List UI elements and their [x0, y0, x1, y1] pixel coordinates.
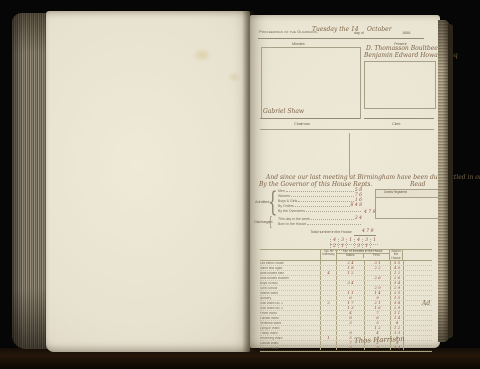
inmates-table-header: No. in Infirmary No. of Inmates in the H… [260, 249, 432, 261]
resolution-end-word: Read [410, 182, 426, 188]
minutes-box-label: Minutes [292, 41, 305, 46]
females-col-header: Fem. [363, 254, 389, 257]
total-underline [354, 235, 376, 236]
inmates-rows: Old Mens House2 43 15 5Infirm and Aged1 … [260, 261, 432, 351]
day-of-label: day of [354, 30, 364, 35]
clerk-signature-bottom: Thos Harrison [354, 336, 405, 344]
minute-area-divider [349, 133, 350, 177]
header-rule [258, 38, 424, 39]
total-line-label: Total number in the House [310, 229, 352, 234]
table-bottom-rule [260, 351, 432, 352]
chairman-signature-handwriting: Gabriel Shaw [263, 109, 304, 115]
photo-background: Proceedings of the Guardians, Tuesday th… [0, 0, 480, 369]
discharged-rows: This day in the week2 4Born in the House [278, 216, 362, 226]
margin-note-handwriting: Ad [422, 301, 430, 307]
form-title: Proceedings of the Guardians, [259, 29, 318, 34]
week-grid-cell: 1 [346, 239, 354, 244]
discharged-row: Born in the House [278, 221, 362, 226]
inmates-group-header: No. of Inmates in the House Males Fem. [336, 250, 389, 260]
month-handwriting: October [367, 27, 392, 33]
clerk-signature-rule [364, 118, 434, 119]
week-grid-cell: 1 [370, 239, 378, 244]
males-col-header: Males [337, 254, 363, 257]
present-box [364, 61, 436, 109]
book-fore-edge [12, 13, 49, 349]
right-form-page: Proceedings of the Guardians, Tuesday th… [250, 15, 440, 348]
admitted-rows: Men5 8Women7 6Boys & Girls1 6By Orders8 … [278, 188, 362, 213]
chairman-signature-rule [260, 118, 360, 119]
left-blank-page [46, 11, 250, 352]
total-line-value: 4 7 9 [362, 230, 373, 234]
clerk-label: Clerk [392, 121, 400, 126]
admitted-sum-value: 4 7 9 [364, 211, 375, 215]
report-box-body [375, 196, 439, 219]
year-label: 1858. [402, 30, 411, 35]
discharged-brace: { [268, 215, 273, 230]
section-rule [260, 129, 434, 130]
meeting-day-handwriting: Tuesday the 14 [312, 27, 359, 33]
col-d-header: Total in the House [389, 250, 403, 260]
col-a-header: No. in Infirmary [320, 250, 336, 260]
admitted-row: By the Overseers [278, 208, 362, 213]
admitted-brace: { [268, 187, 277, 218]
book-back-cover-edge [448, 24, 453, 338]
report-box-label: Deaths Registered [384, 190, 407, 195]
chairman-label: Chairman [294, 121, 310, 126]
inmates-table: No. in Infirmary No. of Inmates in the H… [260, 249, 432, 352]
row-label-col-header [260, 250, 320, 260]
